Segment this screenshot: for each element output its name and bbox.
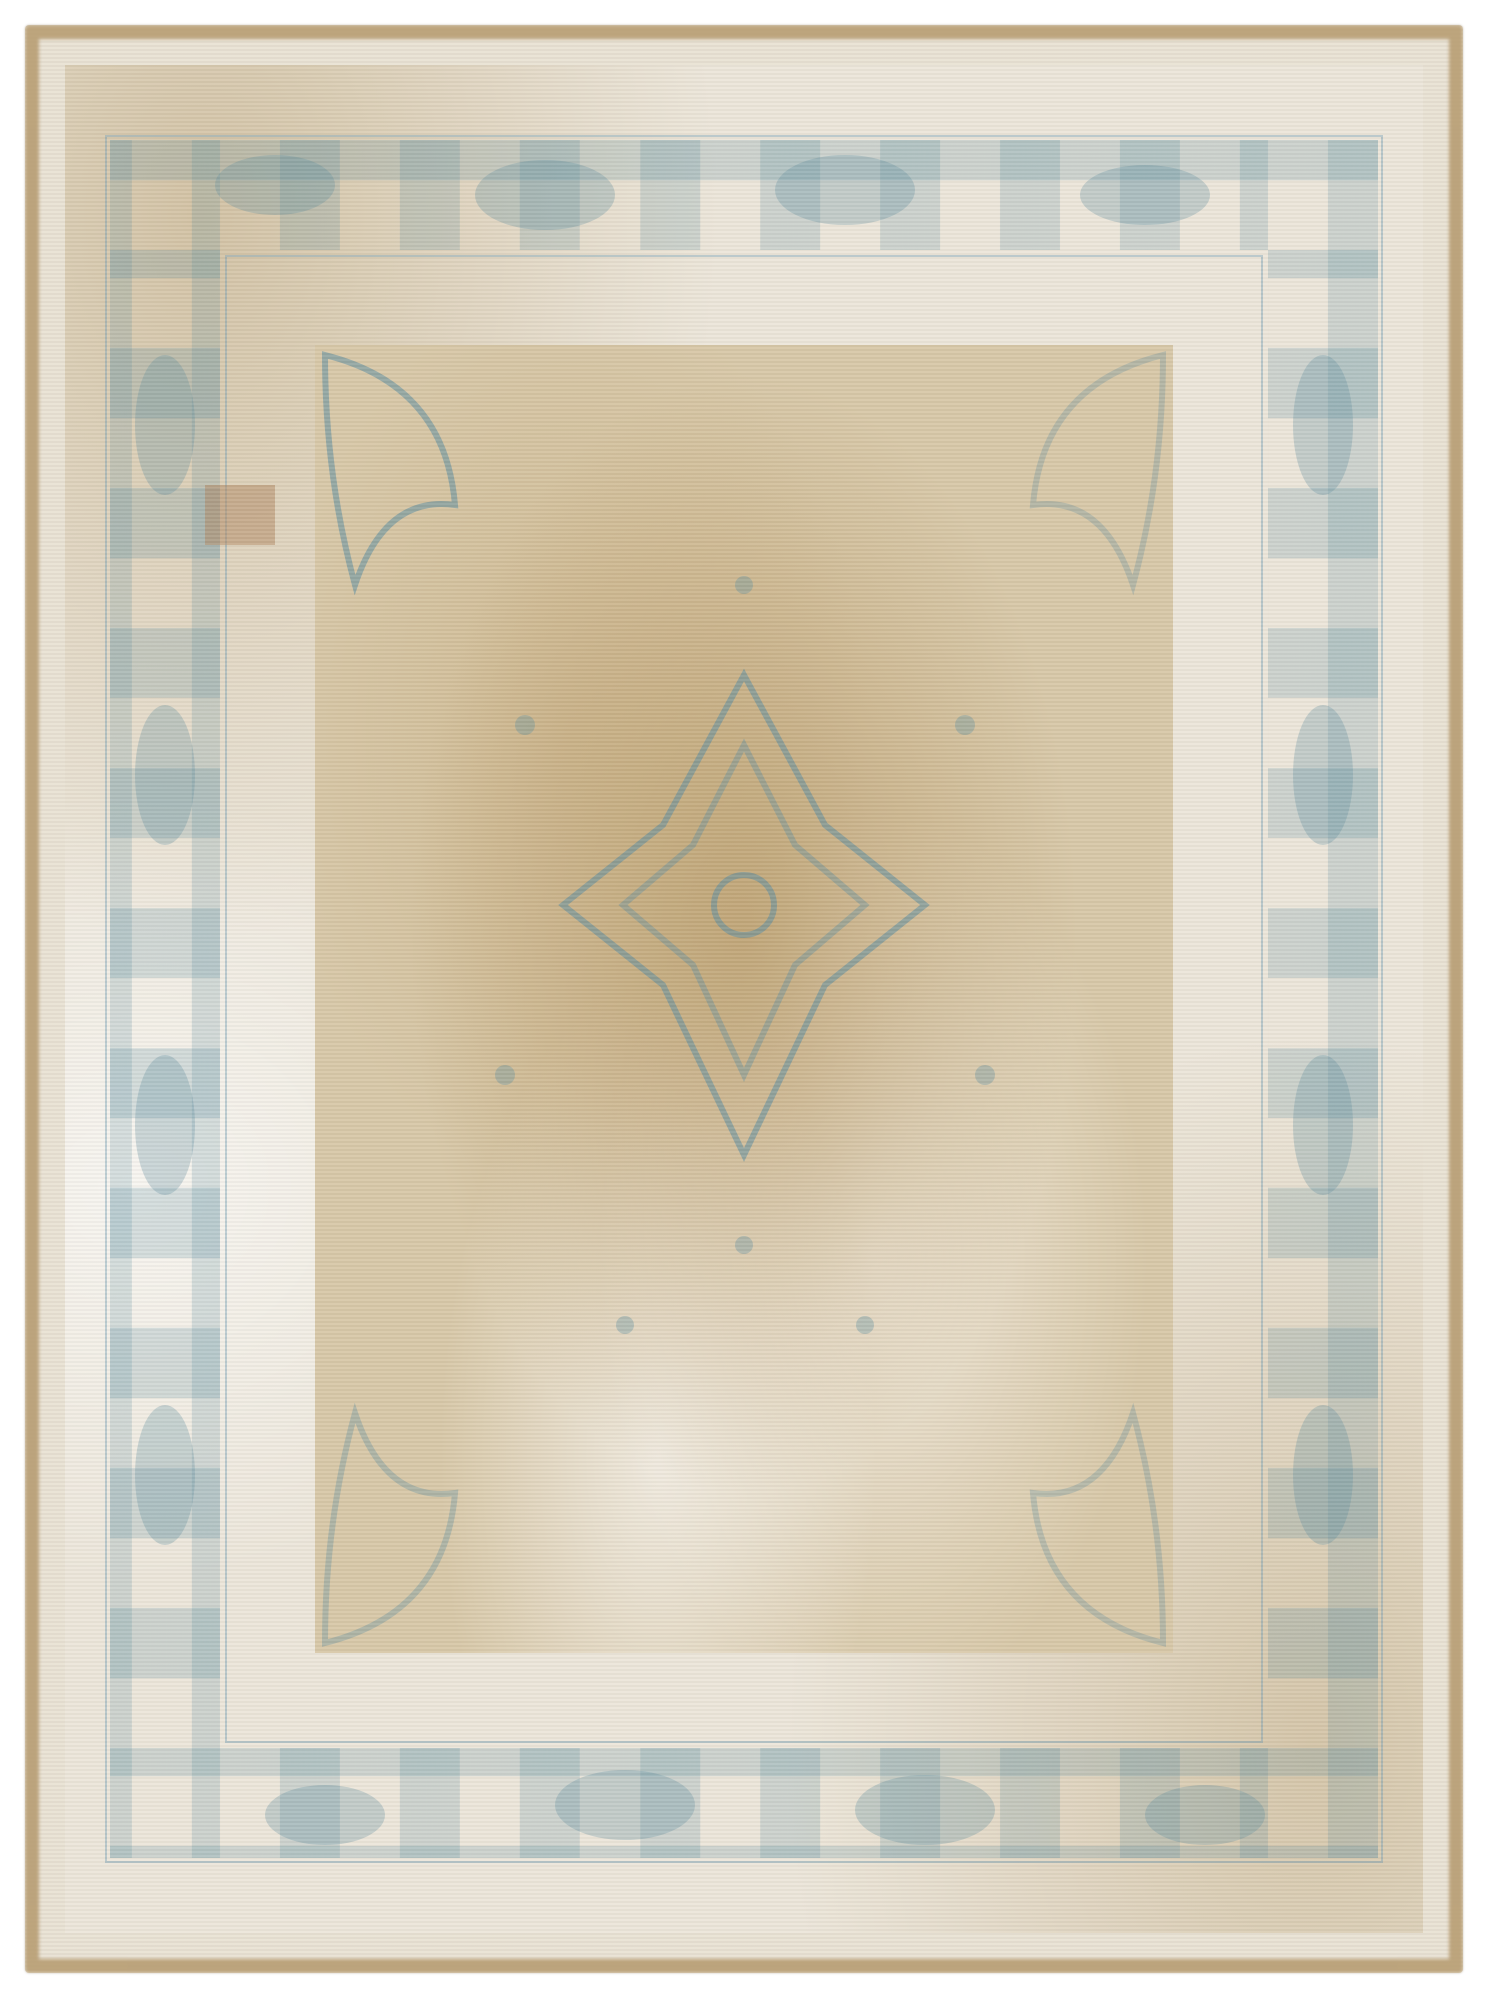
rug [25, 25, 1463, 1973]
rug-binding-edge [25, 25, 1463, 1973]
